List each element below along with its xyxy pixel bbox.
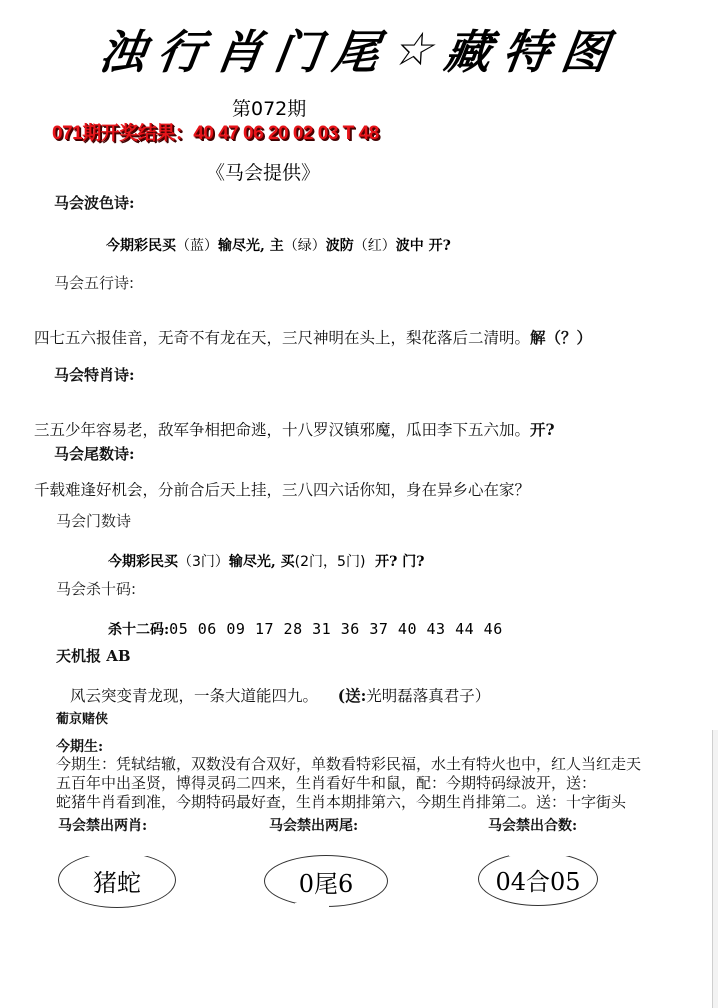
five-elements-suffix: 解（？） (530, 328, 592, 347)
zodiac-poem-suffix: 开? (530, 420, 555, 439)
door-3: （3门） (178, 554, 229, 570)
title-char: 尾 (329, 16, 386, 82)
zodiac-poem: 三五少年容易老，敌军争相把命逃，十八罗汉镇邪魔，瓜田李下五六加。开? (34, 418, 555, 440)
door-poem-pre: 今期彩民买 (108, 554, 178, 570)
issue-number: 第072期 (232, 94, 306, 121)
door-poem-end: 开? 门? (375, 554, 424, 570)
page-edge-divider (712, 730, 718, 1008)
this-issue-line-3: 蛇猪牛肖看到准，今期特码最好查，生肖本期排第六，今期生肖排第二。送：十字街头 (56, 793, 626, 812)
door-poem-label: 马会门数诗 (56, 510, 131, 531)
kill-codes-numbers: 05 06 09 17 28 31 36 37 40 43 44 46 (169, 620, 503, 638)
this-issue-line-2: 五百年中出圣贤，博得灵码二四来，生肖看好牛和鼠，配：今期特码绿波开，送： (56, 774, 596, 793)
kill-codes-prefix: 杀十二码: (108, 622, 169, 638)
door-2-5: (2门，5门) (295, 554, 366, 570)
star-icon: ☆ (388, 22, 439, 76)
banned-sum-label: 马会禁出合数: (488, 815, 577, 835)
title-char: 藏 (441, 16, 498, 82)
oval-gap (509, 850, 569, 856)
oval-gap (77, 850, 157, 856)
door-poem-mid: 输尽光, 买 (229, 554, 295, 570)
tail-poem-label: 马会尾数诗: (54, 443, 135, 464)
tianji-label: 天机报 AB (56, 645, 131, 666)
banned-tail-label: 马会禁出两尾: (269, 815, 358, 835)
banned-zodiac-oval: 猪蛇 (58, 852, 176, 908)
previous-draw-result: 071期开奖结果：40 47 06 20 02 03 T 48 (52, 118, 379, 145)
wave-poem-label: 马会波色诗: (54, 192, 135, 213)
title-char: 浊 (95, 16, 152, 82)
zodiac-poem-text: 三五少年容易老，敌军争相把命逃，十八罗汉镇邪魔，瓜田李下五六加。 (34, 421, 530, 439)
tianji-text: 风云突变青龙现，一条大道能四九。 (70, 687, 318, 705)
banned-zodiac-value: 猪蛇 (93, 863, 141, 898)
tianji-gift-text: 光明磊落真君子） (366, 687, 490, 705)
kill-codes-label: 马会杀十码: (56, 578, 136, 599)
tianji-line: 风云突变青龙现，一条大道能四九。 (送:光明磊落真君子） (70, 684, 490, 706)
five-elements-poem: 四七五六报佳音，无奇不有龙在天，三尺神明在头上，梨花落后二清明。解（？） (34, 326, 592, 348)
page-title: 浊 行 肖 门 尾 ☆ 藏 特 图 (96, 18, 615, 80)
provider-label: 《马会提供》 (206, 158, 320, 185)
five-elements-text: 四七五六报佳音，无奇不有龙在天，三尺神明在头上，梨花落后二清明。 (34, 329, 530, 347)
title-char: 肖 (212, 16, 269, 82)
wave-poem-mid1: 输尽光, 主 (218, 238, 284, 254)
zodiac-poem-label: 马会特肖诗: (54, 364, 135, 385)
wave-green: （绿） (284, 238, 326, 254)
five-elements-label: 马会五行诗: (54, 272, 134, 293)
banned-tail-value: 0尾6 (299, 864, 354, 899)
banned-sum-value: 04合05 (495, 862, 580, 897)
title-char: 图 (557, 16, 614, 82)
oval-gap (295, 903, 329, 909)
title-char: 门 (270, 16, 327, 82)
wave-poem-line: 今期彩民买（蓝）输尽光, 主（绿）波防（红）波中 开? (106, 235, 451, 255)
banned-sum-oval: 04合05 (478, 852, 598, 906)
wave-poem-mid2: 波防 (326, 238, 354, 254)
banned-zodiac-label: 马会禁出两肖: (58, 815, 147, 835)
banned-tail-oval: 0尾6 (264, 855, 388, 907)
tianji-gift-label: (送: (338, 686, 367, 705)
author-label: 葡京赌侠 (56, 708, 108, 727)
kill-codes-line: 杀十二码:05 06 09 17 28 31 36 37 40 43 44 46 (108, 619, 503, 639)
this-issue-label: 今期生: (56, 736, 103, 756)
door-poem-line: 今期彩民买（3门）输尽光, 买(2门，5门) 开? 门? (108, 551, 424, 571)
this-issue-line-1: 今期生：凭轼结辙，双数没有合双好，单数看特彩民福，水土有特火也中，红人当红走天 (56, 755, 641, 774)
wave-poem-pre: 今期彩民买 (106, 238, 176, 254)
wave-red: （红） (354, 238, 396, 254)
wave-blue: （蓝） (176, 238, 218, 254)
tail-poem-text: 千载难逢好机会，分前合后天上挂，三八四六话你知，身在异乡心在家？ (34, 478, 530, 500)
wave-poem-end: 波中 开? (396, 238, 451, 254)
title-char: 特 (499, 16, 556, 82)
title-char: 行 (154, 16, 211, 82)
